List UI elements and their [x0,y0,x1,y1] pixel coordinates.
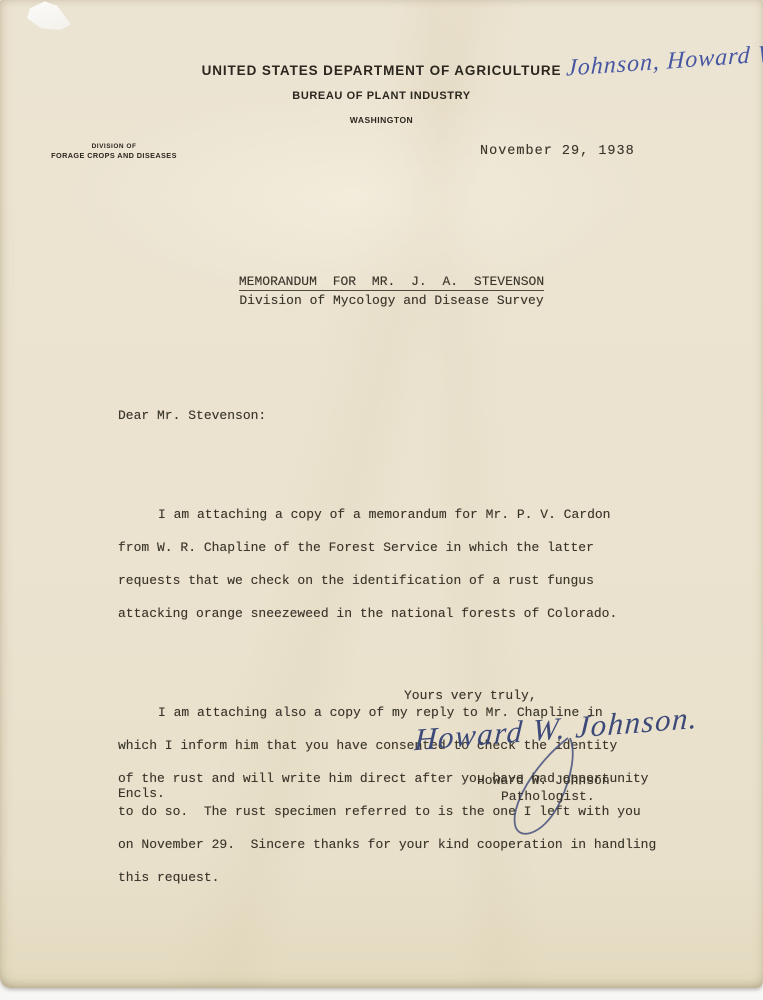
enclosures-note: Encls. [118,786,165,801]
body-line: this request. [118,861,656,894]
scanned-letter: UNITED STATES DEPARTMENT OF AGRICULTURE … [0,0,763,1000]
division-block: DIVISION OF FORAGE CROPS AND DISEASES [48,143,180,160]
letterhead-bureau: BUREAU OF PLANT INDUSTRY [0,90,763,102]
complimentary-closing: Yours very truly, [404,688,537,703]
torn-corner [26,0,76,30]
letter-page: UNITED STATES DEPARTMENT OF AGRICULTURE … [0,0,763,988]
typed-signature-title: Pathologist. [501,789,595,804]
date-line: November 29, 1938 [480,144,635,159]
memo-heading: MEMORANDUM FOR MR. J. A. STEVENSON [239,274,544,291]
memo-subheading: Division of Mycology and Disease Survey [10,293,763,308]
paragraph-1: I am attaching a copy of a memorandum fo… [118,498,656,630]
letterhead-city: WASHINGTON [0,115,763,125]
letter-body: Dear Mr. Stevenson: I am attaching a cop… [118,333,656,960]
division-label: DIVISION OF [48,143,180,150]
salutation: Dear Mr. Stevenson: [118,399,656,432]
typed-signature-name: Howard W. Johnson [477,773,610,788]
body-line: attacking orange sneezeweed in the natio… [118,597,656,630]
body-line: requests that we check on the identifica… [118,564,656,597]
division-name: FORAGE CROPS AND DISEASES [48,151,180,160]
memo-heading-block: MEMORANDUM FOR MR. J. A. STEVENSON Divis… [10,272,763,308]
body-line: I am attaching a copy of a memorandum fo… [118,498,656,531]
body-line: from W. R. Chapline of the Forest Servic… [118,531,656,564]
